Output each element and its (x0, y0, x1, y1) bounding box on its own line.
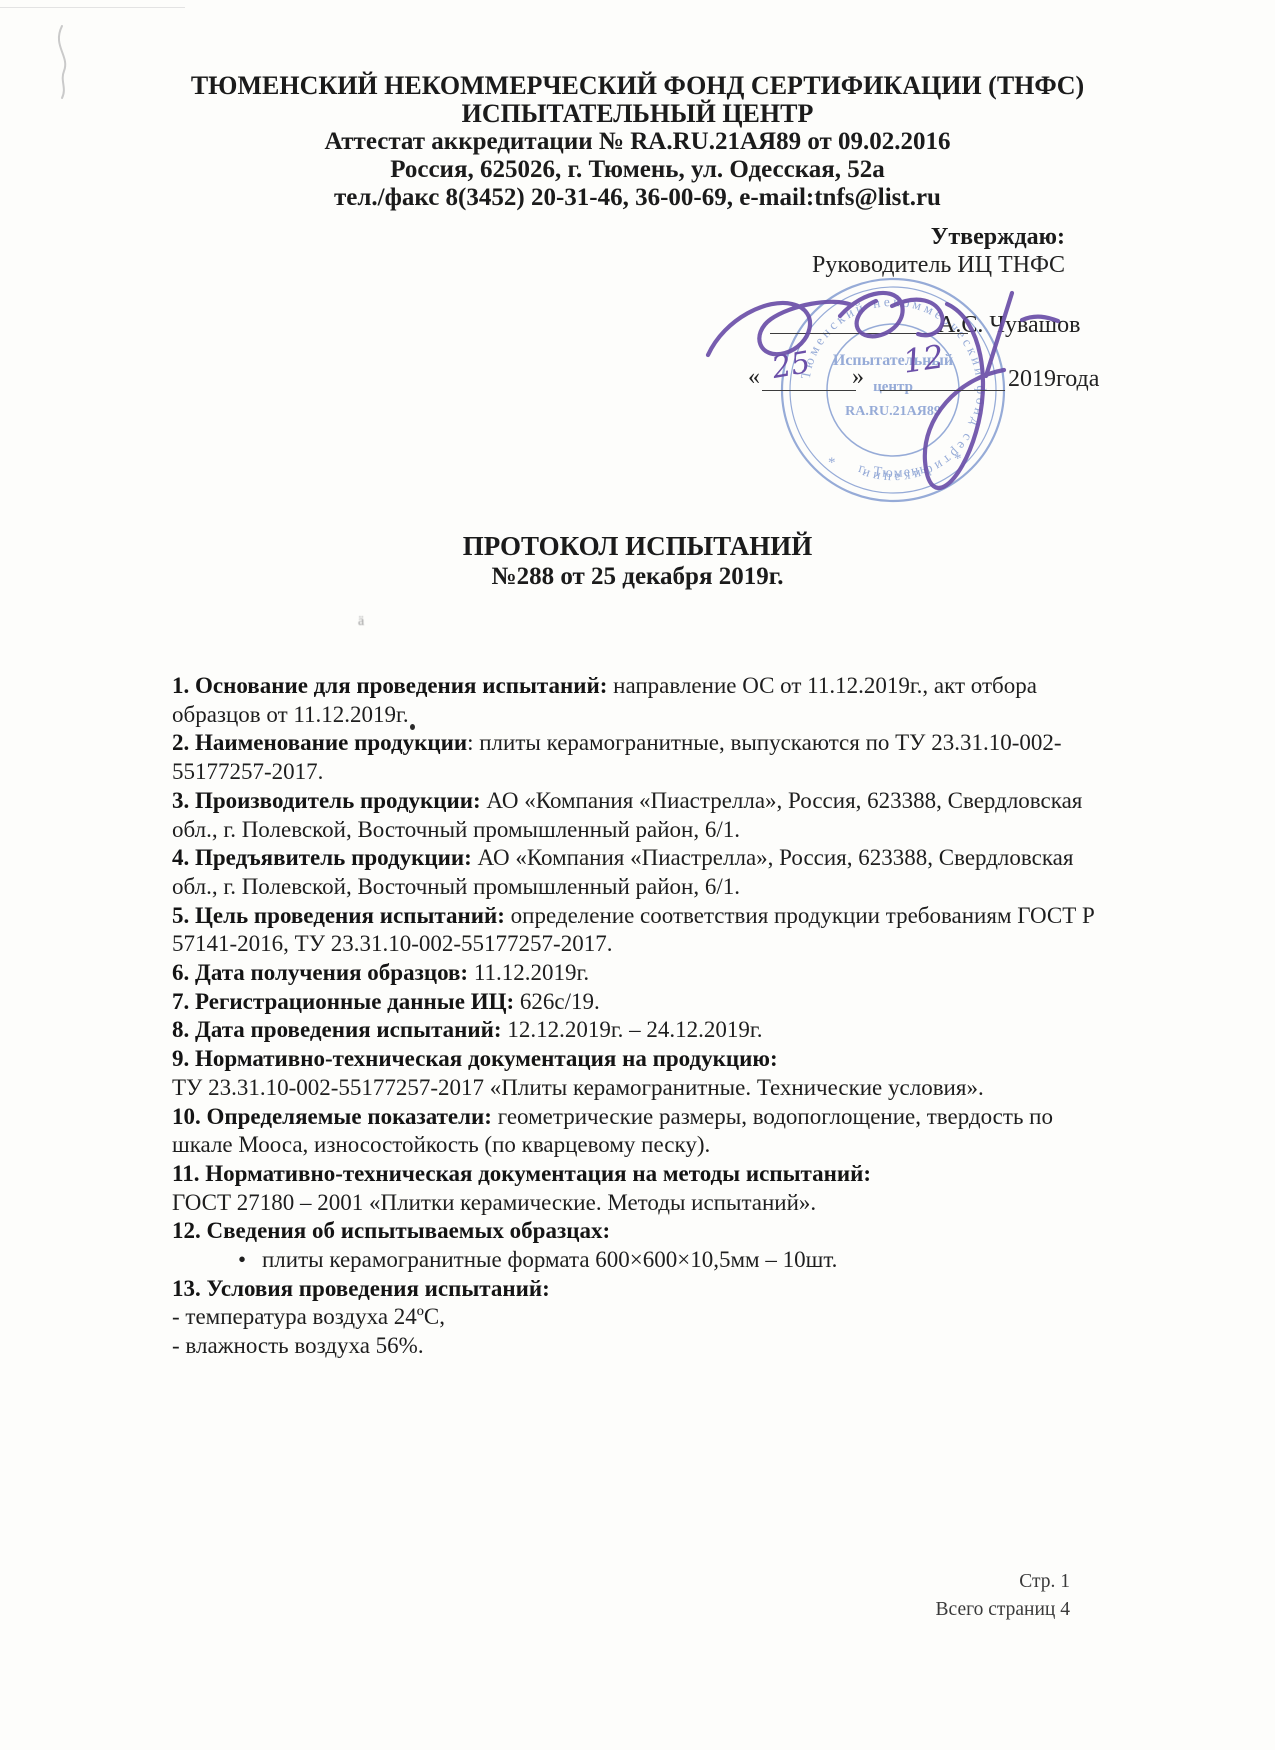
day-underline (762, 390, 856, 391)
scan-smudge-artifact: ä (358, 614, 364, 630)
document-number-date: №288 от 25 декабря 2019г. (0, 563, 1275, 591)
item-7: 7. Регистрационные данные ИЦ: 626с/19. (172, 988, 1116, 1017)
org-division: ИСПЫТАТЕЛЬНЫЙ ЦЕНТР (0, 100, 1275, 128)
item-1: 1. Основание для проведения испытаний: н… (172, 672, 1116, 729)
item-6: 6. Дата получения образцов: 11.12.2019г. (172, 959, 1116, 988)
approve-label: Утверждаю: (931, 224, 1065, 251)
signature-graphic (690, 260, 1150, 540)
month-underline (880, 390, 1005, 391)
item-12: 12. Сведения об испытываемых образцах: (172, 1217, 1116, 1246)
handwritten-month: 12 (901, 337, 947, 380)
page-number: Стр. 1 (936, 1568, 1070, 1596)
item-4: 4. Предъявитель продукции: АО «Компания … (172, 844, 1116, 901)
item-8: 8. Дата проведения испытаний: 12.12.2019… (172, 1016, 1116, 1045)
item-10: 10. Определяемые показатели: геометричес… (172, 1103, 1116, 1160)
bullet-icon: • (238, 1246, 262, 1275)
item-13-sub2: - влажность воздуха 56%. (172, 1332, 1116, 1361)
page-footer: Стр. 1 Всего страниц 4 (936, 1568, 1070, 1623)
item-2: 2. Наименование продукции: плиты керамог… (172, 729, 1116, 786)
item-9: 9. Нормативно-техническая документация н… (172, 1045, 1116, 1102)
letterhead: ТЮМЕНСКИЙ НЕКОММЕРЧЕСКИЙ ФОНД СЕРТИФИКАЦ… (0, 72, 1275, 212)
accreditation-line: Аттестат аккредитации № RA.RU.21АЯ89 от … (0, 128, 1275, 156)
item-11: 11. Нормативно-техническая документация … (172, 1160, 1116, 1217)
document-title: ПРОТОКОЛ ИСПЫТАНИЙ (0, 531, 1275, 562)
protocol-body: 1. Основание для проведения испытаний: н… (172, 672, 1116, 1361)
org-name: ТЮМЕНСКИЙ НЕКОММЕРЧЕСКИЙ ФОНД СЕРТИФИКАЦ… (0, 72, 1275, 100)
total-pages: Всего страниц 4 (936, 1596, 1070, 1624)
handwritten-day: 25 (769, 345, 813, 386)
item-12-bullet: •плиты керамогранитные формата 600×600×1… (172, 1246, 1116, 1275)
quote-open: « (748, 364, 760, 391)
quote-close: » (852, 364, 864, 391)
address-line: Россия, 625026, г. Тюмень, ул. Одесская,… (0, 156, 1275, 184)
item-13-sub1: - температура воздуха 24ºС, (172, 1303, 1116, 1332)
item-3: 3. Производитель продукции: АО «Компания… (172, 787, 1116, 844)
scan-edge-artifact (0, 7, 185, 8)
item-13: 13. Условия проведения испытаний: (172, 1275, 1116, 1304)
contacts-line: тел./факс 8(3452) 20-31-46, 36-00-69, e-… (0, 184, 1275, 212)
item-5: 5. Цель проведения испытаний: определени… (172, 902, 1116, 959)
year-label: 2019года (1008, 366, 1099, 393)
